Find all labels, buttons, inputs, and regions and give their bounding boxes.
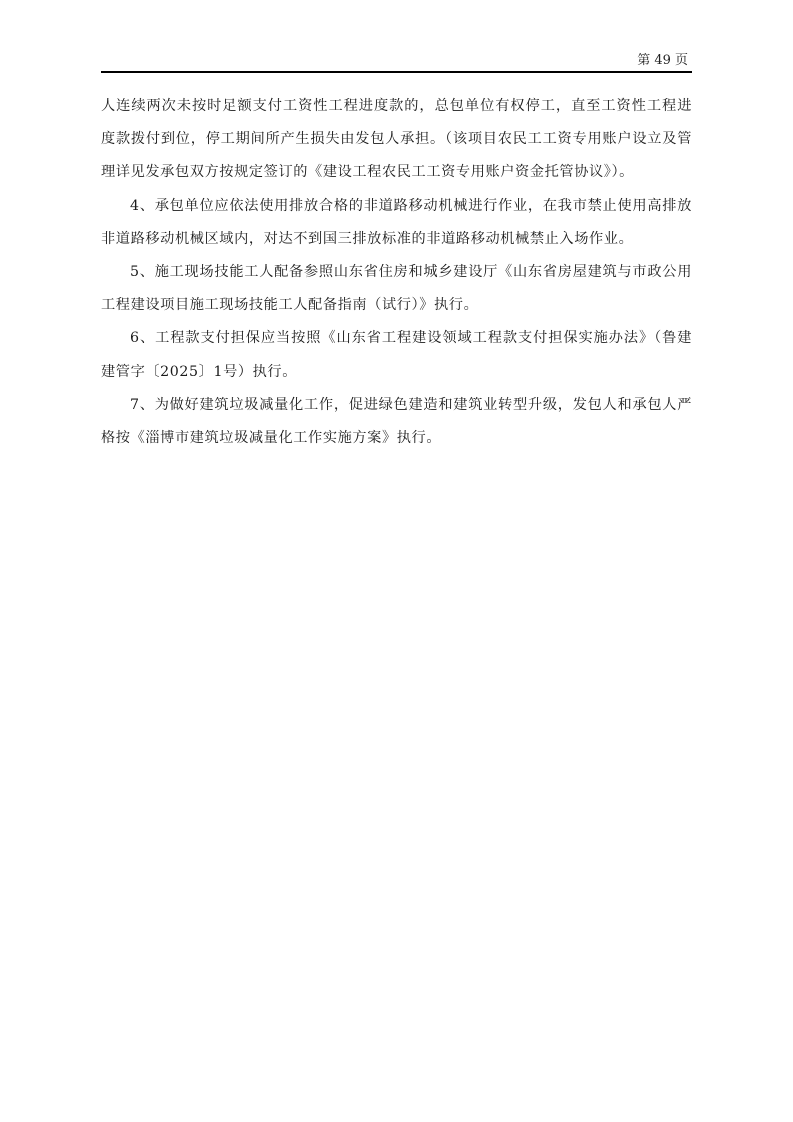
paragraph-item-6: 6、工程款支付担保应当按照《山东省工程建设领域工程款支付担保实施办法》（鲁建建管… [101, 322, 692, 388]
header-divider [101, 71, 692, 73]
document-body: 人连续两次未按时足额支付工资性工程进度款的，总包单位有权停工，直至工资性工程进度… [101, 90, 692, 455]
paragraph-item-4: 4、承包单位应依法使用排放合格的非道路移动机械进行作业，在我市禁止使用高排放非道… [101, 190, 692, 256]
paragraph-continuation: 人连续两次未按时足额支付工资性工程进度款的，总包单位有权停工，直至工资性工程进度… [101, 90, 692, 190]
page-header: 第 49 页 [101, 52, 692, 74]
page-number: 第 49 页 [637, 52, 688, 70]
paragraph-item-5: 5、施工现场技能工人配备参照山东省住房和城乡建设厅《山东省房屋建筑与市政公用工程… [101, 256, 692, 322]
paragraph-item-7: 7、为做好建筑垃圾减量化工作，促进绿色建造和建筑业转型升级，发包人和承包人严格按… [101, 389, 692, 455]
